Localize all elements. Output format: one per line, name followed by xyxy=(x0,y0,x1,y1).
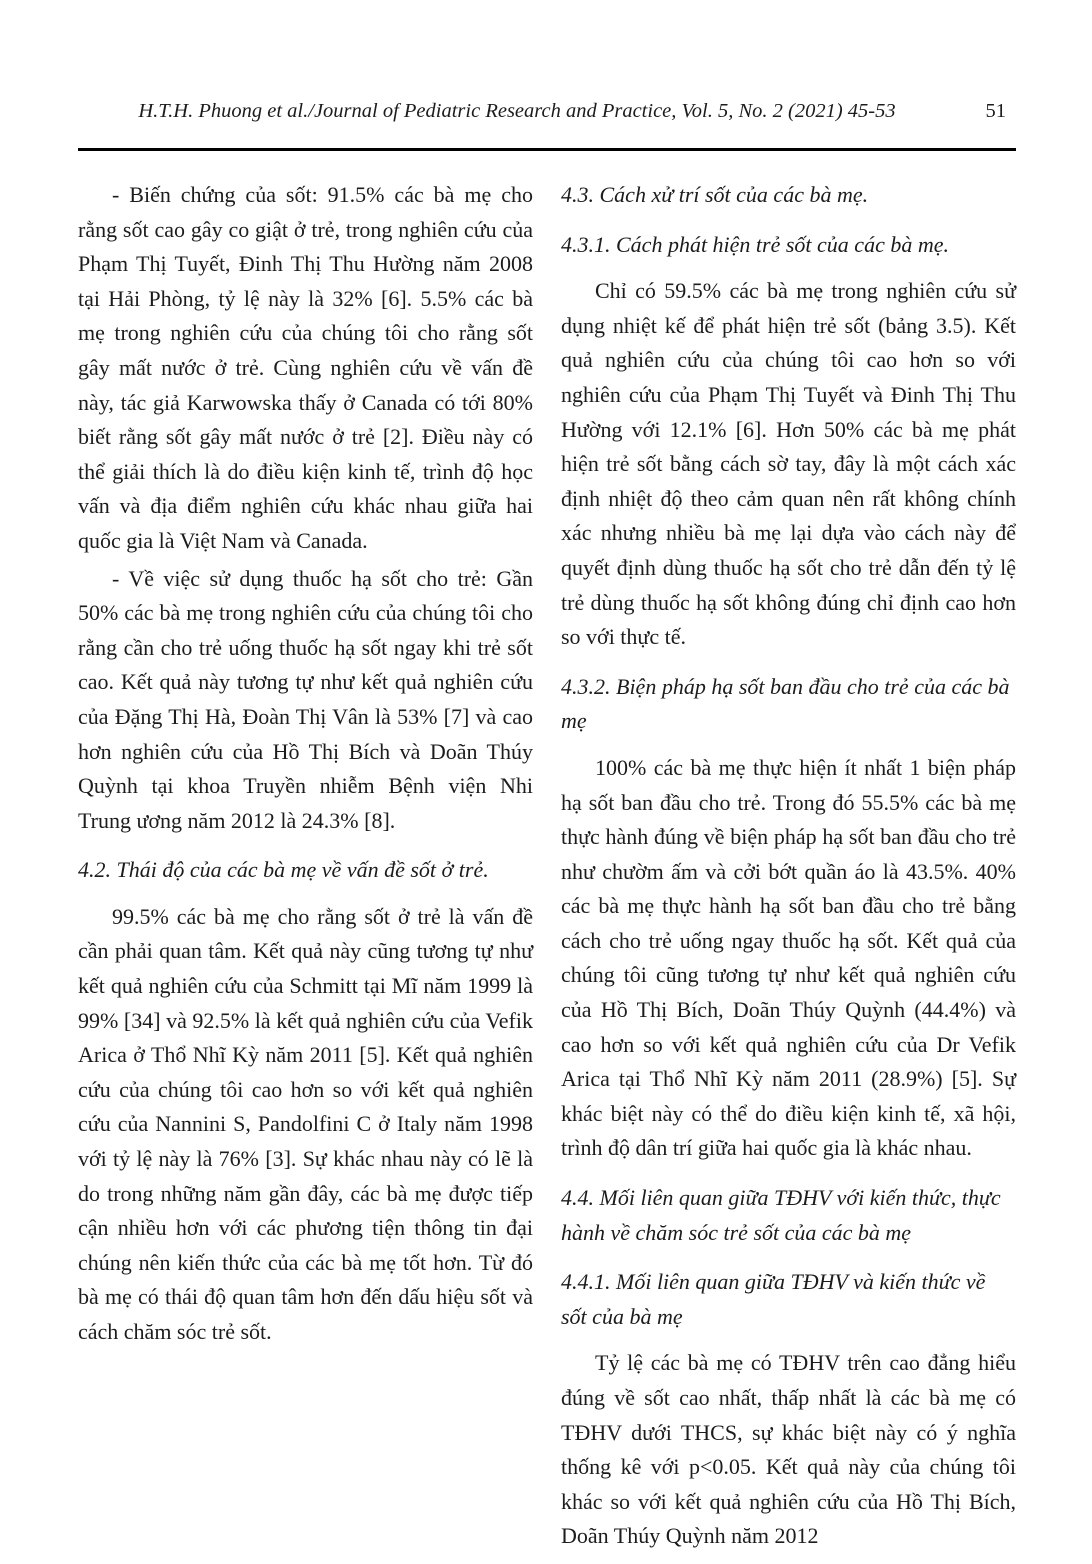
body-paragraph: Chỉ có 59.5% các bà mẹ trong nghiên cứu … xyxy=(561,274,1016,655)
left-column: - Biến chứng của sốt: 91.5% các bà mẹ ch… xyxy=(78,170,533,1564)
page-number: 51 xyxy=(986,96,1007,126)
body-paragraph: - Biến chứng của sốt: 91.5% các bà mẹ ch… xyxy=(78,178,533,559)
section-heading: 4.2. Thái độ của các bà mẹ về vấn đề sốt… xyxy=(78,853,533,888)
section-heading: 4.3. Cách xử trí sốt của các bà mẹ. xyxy=(561,178,1016,213)
section-heading: 4.3.2. Biện pháp hạ sốt ban đầu cho trẻ … xyxy=(561,670,1016,739)
section-heading: 4.4. Mối liên quan giữa TĐHV với kiến th… xyxy=(561,1181,1016,1250)
header-rule xyxy=(78,148,1016,151)
article-body: - Biến chứng của sốt: 91.5% các bà mẹ ch… xyxy=(78,170,1016,1564)
page-header: H.T.H. Phuong et al./Journal of Pediatri… xyxy=(78,96,1016,126)
journal-page: H.T.H. Phuong et al./Journal of Pediatri… xyxy=(0,0,1092,1564)
body-paragraph: - Về việc sử dụng thuốc hạ sốt cho trẻ: … xyxy=(78,562,533,839)
body-paragraph: 99.5% các bà mẹ cho rằng sốt ở trẻ là vấ… xyxy=(78,900,533,1350)
body-paragraph: 100% các bà mẹ thực hiện ít nhất 1 biện … xyxy=(561,751,1016,1166)
right-column: 4.3. Cách xử trí sốt của các bà mẹ.4.3.1… xyxy=(561,170,1016,1564)
section-heading: 4.4.1. Mối liên quan giữa TĐHV và kiến t… xyxy=(561,1265,1016,1334)
body-paragraph: Tỷ lệ các bà mẹ có TĐHV trên cao đẳng hi… xyxy=(561,1346,1016,1554)
section-heading: 4.3.1. Cách phát hiện trẻ sốt của các bà… xyxy=(561,228,1016,263)
running-title: H.T.H. Phuong et al./Journal of Pediatri… xyxy=(78,96,956,126)
